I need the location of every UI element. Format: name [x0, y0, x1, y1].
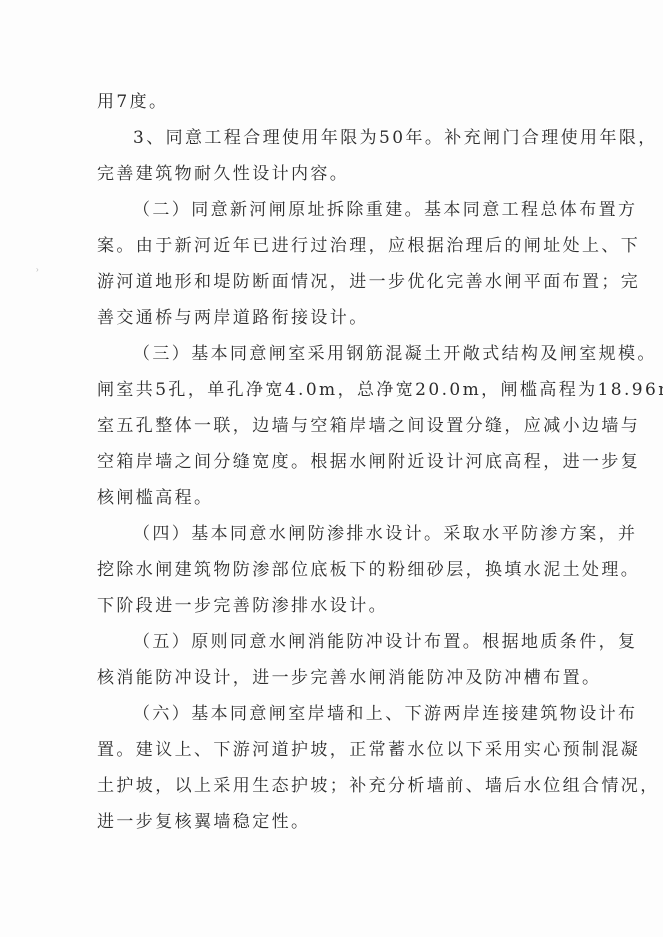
text-line: 核消能防冲设计，进一步完善水闸消能防冲及防冲槽布置。: [97, 668, 601, 688]
text-line: （二）同意新河闸原址拆除重建。基本同意工程总体布置方: [133, 200, 637, 220]
text-line: （四）基本同意水闸防渗排水设计。采取水平防渗方案，并: [133, 524, 637, 544]
text-line: 土护坡，以上采用生态护坡；补充分析墙前、墙后水位组合情况，: [97, 776, 660, 796]
text-line: （三）基本同意闸室采用钢筋混凝土开敞式结构及闸室规模。: [133, 344, 657, 364]
text-line: 核闸槛高程。: [97, 488, 213, 508]
text-line: 空箱岸墙之间分缝宽度。根据水闸附近设计河底高程，进一步复: [97, 452, 640, 472]
text-line: 3、同意工程合理使用年限为50年。补充闸门合理使用年限，: [133, 128, 658, 148]
text-line: 室五孔整体一联，边墙与空箱岸墙之间设置分缝，应减小边墙与: [97, 416, 640, 436]
text-line: （六）基本同意闸室岸墙和上、下游两岸连接建筑物设计布: [133, 704, 637, 724]
scan-mark: ›: [36, 265, 39, 274]
text-line: 善交通桥与两岸道路衔接设计。: [97, 308, 369, 328]
text-line: 游河道地形和堤防断面情况，进一步优化完善水闸平面布置；完: [97, 272, 640, 292]
text-line: （五）原则同意水闸消能防冲设计布置。根据地质条件，复: [133, 632, 637, 652]
text-line: 置。建议上、下游河道护坡，正常蓄水位以下采用实心预制混凝: [97, 740, 640, 760]
document-page: › 用7度。 3、同意工程合理使用年限为50年。补充闸门合理使用年限， 完善建筑…: [0, 0, 663, 937]
text-line: 完善建筑物耐久性设计内容。: [97, 164, 349, 184]
text-line: 闸室共5孔，单孔净宽4.0m，总净宽20.0m，闸槛高程为18.96m;闸: [97, 380, 663, 400]
text-line: 下阶段进一步完善防渗排水设计。: [97, 596, 388, 616]
text-line: 用7度。: [97, 92, 168, 112]
text-line: 进一步复核翼墙稳定性。: [97, 812, 310, 832]
text-line: 案。由于新河近年已进行过治理，应根据治理后的闸址处上、下: [97, 236, 640, 256]
text-line: 挖除水闸建筑物防渗部位底板下的粉细砂层，换填水泥土处理。: [97, 560, 640, 580]
